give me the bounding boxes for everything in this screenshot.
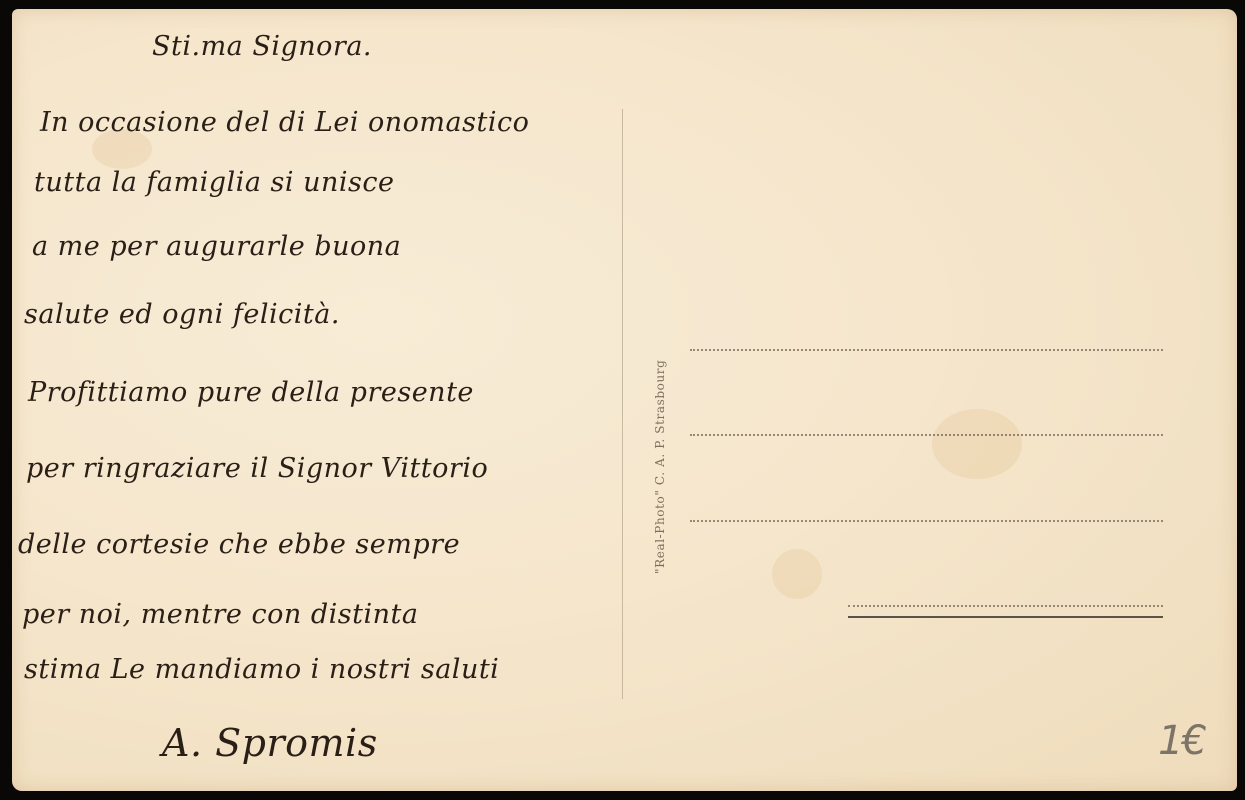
message-line: Profittiamo pure della presente <box>28 377 474 408</box>
signature: A. Spromis <box>162 721 378 765</box>
address-line-3 <box>690 520 1163 522</box>
message-line: delle cortesie che ebbe sempre <box>18 529 460 560</box>
message-line: In occasione del di Lei onomastico <box>40 107 529 138</box>
address-underline <box>848 616 1163 618</box>
salutation: Sti.ma Signora. <box>152 31 372 62</box>
postcard-back: Sti.ma Signora. In occasione del di Lei … <box>12 9 1237 791</box>
message-line: salute ed ogni felicità. <box>24 299 340 330</box>
center-divider <box>622 109 623 699</box>
message-line: stima Le mandiamo i nostri saluti <box>24 654 499 685</box>
publisher-imprint: "Real-Photo" C. A. P. Strasbourg <box>653 360 667 574</box>
pencil-price-note: 1€ <box>1158 718 1205 764</box>
paper-stain <box>932 409 1022 479</box>
address-line-4 <box>848 605 1163 607</box>
message-line: per ringraziare il Signor Vittorio <box>26 453 488 484</box>
message-line: a me per augurarle buona <box>32 231 401 262</box>
message-line: per noi, mentre con distinta <box>22 599 418 630</box>
paper-stain <box>772 549 822 599</box>
message-line: tutta la famiglia si unisce <box>34 167 394 198</box>
address-line-1 <box>690 349 1163 351</box>
address-line-2 <box>690 434 1163 436</box>
